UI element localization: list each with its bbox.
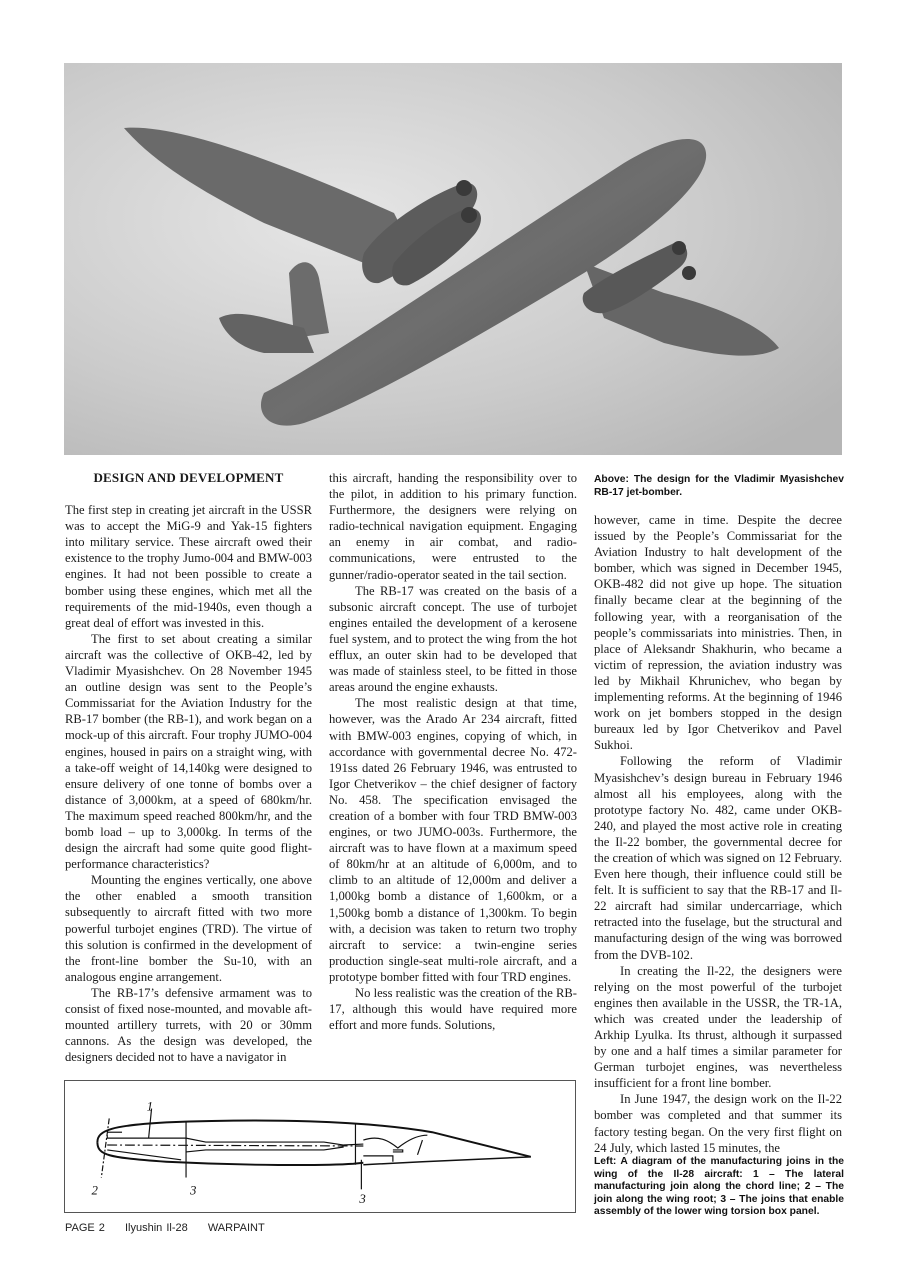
paragraph: however, came in time. Despite the decre… (594, 512, 842, 753)
diagram-label-2: 2 (91, 1183, 98, 1197)
paragraph: this aircraft, handing the responsibilit… (329, 470, 577, 583)
paragraph: In June 1947, the design work on the Il-… (594, 1091, 842, 1155)
diagram-caption: Left: A diagram of the manufacturing joi… (594, 1156, 844, 1219)
diagram-label-1: 1 (147, 1100, 153, 1114)
paragraph: In creating the Il-22, the designers wer… (594, 963, 842, 1092)
page-number: PAGE 2 (65, 1222, 105, 1234)
diagram-label-3b: 3 (358, 1192, 365, 1206)
wing-joins-diagram: 1 2 3 3 (64, 1080, 576, 1213)
section-heading: DESIGN AND DEVELOPMENT (65, 470, 312, 486)
article-column-2: this aircraft, handing the responsibilit… (329, 470, 577, 1033)
diagram-label-3a: 3 (189, 1183, 196, 1197)
page-footer: PAGE 2 Ilyushin Il-28 WARPAINT (65, 1222, 281, 1234)
paragraph: Following the reform of Vladimir Myasish… (594, 753, 842, 962)
paragraph: The first step in creating jet aircraft … (65, 502, 312, 631)
photo-caption: Above: The design for the Vladimir Myasi… (594, 474, 844, 499)
publication-title: Ilyushin Il-28 (125, 1222, 188, 1234)
wing-profile-illustration: 1 2 3 3 (65, 1081, 575, 1212)
article-column-1: DESIGN AND DEVELOPMENT The first step in… (65, 470, 312, 1065)
paragraph: The most realistic design at that time, … (329, 695, 577, 985)
aircraft-photo (64, 63, 842, 455)
paragraph: The first to set about creating a simila… (65, 631, 312, 872)
article-column-3: however, came in time. Despite the decre… (594, 512, 842, 1156)
paragraph: No less realistic was the creation of th… (329, 985, 577, 1033)
paragraph: The RB-17’s defensive armament was to co… (65, 985, 312, 1065)
rb17-aircraft-illustration (64, 63, 842, 455)
paragraph: Mounting the engines vertically, one abo… (65, 872, 312, 985)
paragraph: The RB-17 was created on the basis of a … (329, 583, 577, 696)
series-name: WARPAINT (208, 1222, 265, 1234)
